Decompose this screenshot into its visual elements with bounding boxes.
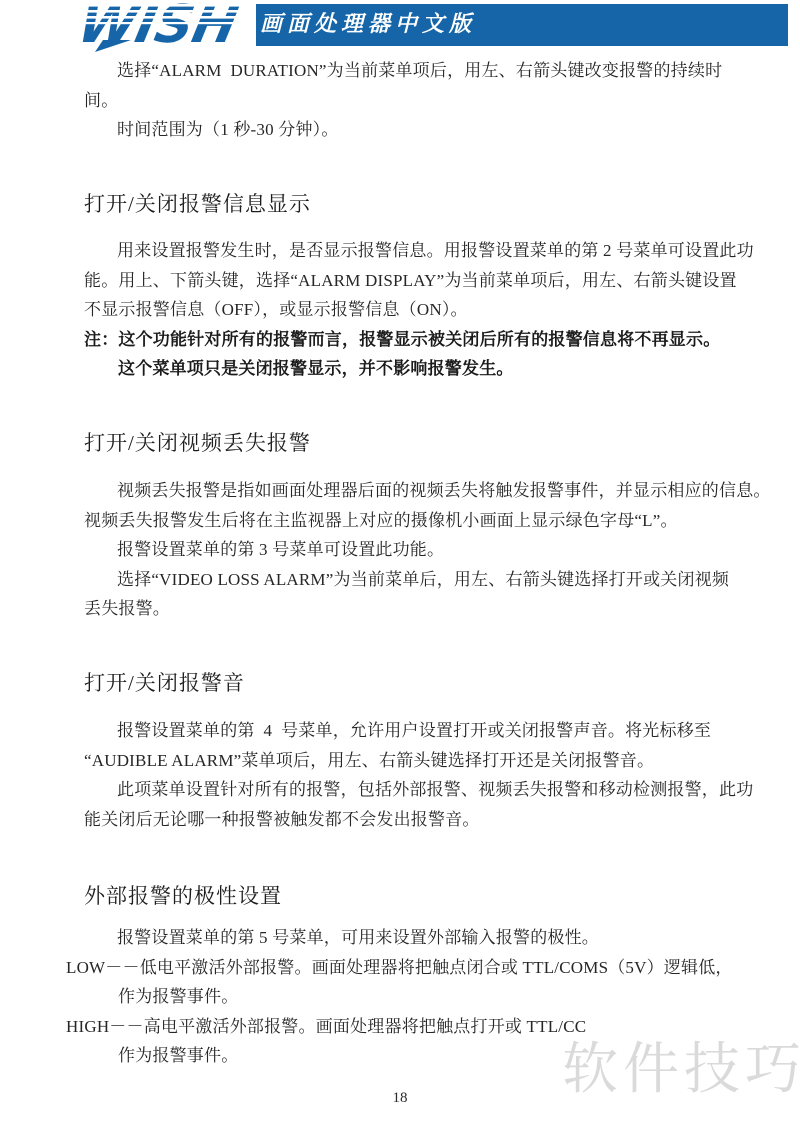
text-line: 作为报警事件。 <box>84 982 744 1012</box>
note-line: 这个菜单项只是关闭报警显示，并不影响报警发生。 <box>84 354 744 384</box>
note-line: 注：这个功能针对所有的报警而言，报警显示被关闭后所有的报警信息将不再显示。 <box>84 325 744 355</box>
text-line: LOW－－低电平激活外部报警。画面处理器将把触点闭合或 TTL/COMS（5V）… <box>66 953 744 983</box>
text-line: 不显示报警信息（OFF），或显示报警信息（ON）。 <box>84 295 744 325</box>
text-line: 间。 <box>84 86 744 116</box>
section-heading: 打开/关闭报警音 <box>84 668 744 698</box>
section-heading: 打开/关闭视频丢失报警 <box>84 428 744 458</box>
document-page: WISH 画面处理器中文版 选择“ALARM DURATION”为当前菜单项后，… <box>0 0 800 1132</box>
text-line: 视频丢失报警是指如画面处理器后面的视频丢失将触发报警事件，并显示相应的信息。 <box>84 476 744 506</box>
text-line: 丢失报警。 <box>84 594 744 624</box>
text-line: 报警设置菜单的第 3 号菜单可设置此功能。 <box>84 535 744 565</box>
text-line: 能关闭后无论哪一种报警被触发都不会发出报警音。 <box>84 805 744 835</box>
section-heading: 外部报警的极性设置 <box>84 881 744 911</box>
document-body: 选择“ALARM DURATION”为当前菜单项后，用左、右箭头键改变报警的持续… <box>84 0 744 1071</box>
text-line: “AUDIBLE ALARM”菜单项后，用左、右箭头键选择打开还是关闭报警音。 <box>84 746 744 776</box>
text-line: 视频丢失报警发生后将在主监视器上对应的摄像机小画面上显示绿色字母“L”。 <box>84 506 744 536</box>
text-line: 选择“ALARM DURATION”为当前菜单项后，用左、右箭头键改变报警的持续… <box>84 56 744 86</box>
text-line: 能。用上、下箭头键，选择“ALARM DISPLAY”为当前菜单项后，用左、右箭… <box>84 266 744 296</box>
text-line: 用来设置报警发生时，是否显示报警信息。用报警设置菜单的第 2 号菜单可设置此功 <box>84 236 744 266</box>
section-heading: 打开/关闭报警信息显示 <box>84 189 744 219</box>
text-line: 此项菜单设置针对所有的报警，包括外部报警、视频丢失报警和移动检测报警，此功 <box>84 775 744 805</box>
text-line: 时间范围为（1 秒-30 分钟）。 <box>84 115 744 145</box>
text-line: 选择“VIDEO LOSS ALARM”为当前菜单后，用左、右箭头键选择打开或关… <box>84 565 744 595</box>
text-line: 报警设置菜单的第 4 号菜单，允许用户设置打开或关闭报警声音。将光标移至 <box>84 716 744 746</box>
page-number: 18 <box>0 1090 800 1107</box>
text-line: 报警设置菜单的第 5 号菜单，可用来设置外部输入报警的极性。 <box>84 923 744 953</box>
